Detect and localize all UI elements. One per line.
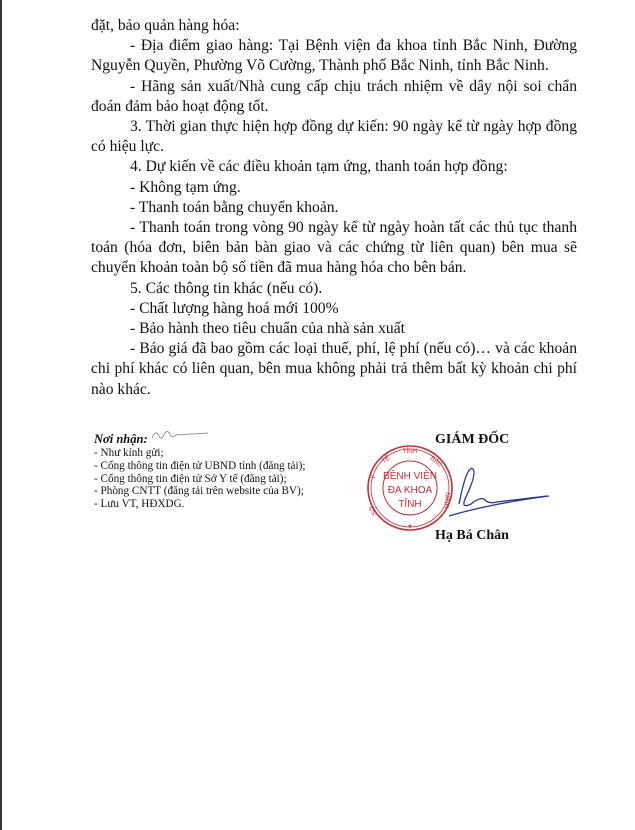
paragraph: - Bảo hành theo tiêu chuẩn của nhà sản x… [91, 319, 577, 339]
paragraph: 4. Dự kiến về các điều khoản tạm ứng, th… [91, 157, 577, 177]
svg-text:TỈNH: TỈNH [398, 497, 421, 510]
paragraph: đặt, bảo quản hàng hóa: [91, 16, 577, 36]
recipients-title-text: Nơi nhận: [94, 432, 148, 446]
signer-title: GIÁM ĐỐC [435, 432, 509, 448]
paragraph: - Thanh toán bằng chuyển khoản. [91, 198, 577, 218]
paragraph: - Chất lượng hàng hoá mới 100% [91, 299, 577, 319]
paragraph: - Không tạm ứng. [91, 178, 577, 198]
paragraph: - Báo giá đã bao gồm các loại thuế, phí,… [91, 339, 577, 400]
svg-text:SỞ: SỞ [367, 504, 379, 517]
paragraph: 3. Thời gian thực hiện hợp đồng dự kiến:… [91, 117, 577, 157]
recipients-list: - Như kính gửi;- Cổng thông tin điện tử … [94, 447, 334, 511]
recipients-block: Nơi nhận: - Như kính gửi;- Cổng thông ti… [94, 432, 334, 511]
document-body: đặt, bảo quản hàng hóa:- Địa điểm giao h… [91, 16, 577, 400]
svg-text:TỈNH: TỈNH [402, 446, 417, 455]
paragraph: - Thanh toán trong vòng 90 ngày kể từ ng… [91, 218, 577, 279]
signer-name: Hạ Bá Chân [435, 528, 509, 544]
svg-text:BỆNH VIỆN: BỆNH VIỆN [383, 469, 437, 482]
paragraph: - Hãng sản xuất/Nhà cung cấp chịu trách … [91, 77, 577, 117]
initials-scribble-icon [150, 428, 210, 444]
recipients-title: Nơi nhận: [94, 432, 334, 447]
recipient-item: - Lưu VT, HĐXDG. [94, 498, 334, 511]
signature-block: TỈNH TẾ Y SỞ BẮC NINH BỆNH VIỆN ĐA KHOA … [365, 432, 565, 552]
document-page: đặt, bảo quản hàng hóa:- Địa điểm giao h… [0, 0, 635, 830]
signature-scrawl-icon [439, 454, 559, 524]
recipient-item: - Cổng thông tin điện tử Sở Y tế (đăng t… [94, 473, 334, 486]
recipient-item: - Phòng CNTT (đăng tải trên website của … [94, 485, 334, 498]
recipient-item: - Cổng thông tin điện tử UBND tỉnh (đăng… [94, 460, 334, 473]
svg-text:ĐA KHOA: ĐA KHOA [388, 485, 433, 496]
svg-text:★: ★ [407, 523, 412, 530]
paragraph: - Địa điểm giao hàng: Tại Bệnh viện đa k… [91, 36, 577, 76]
recipient-item: - Như kính gửi; [94, 447, 334, 460]
paragraph: 5. Các thông tin khác (nếu có). [91, 279, 577, 299]
